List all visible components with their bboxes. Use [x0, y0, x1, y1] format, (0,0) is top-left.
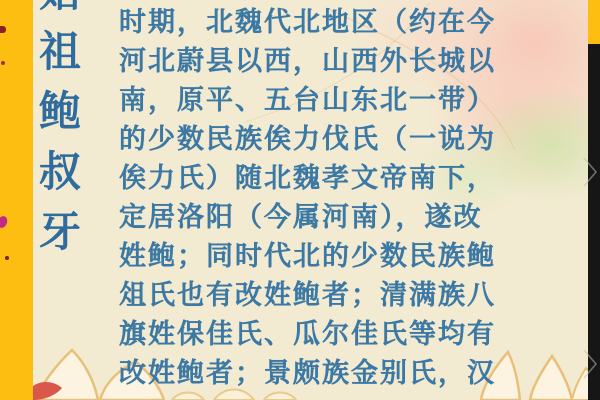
paint-dash-icon	[0, 26, 6, 33]
body-line: 的少数民族俟力伐氏（一说为	[119, 120, 496, 159]
petal-icon	[530, 356, 572, 400]
body-line: 定居洛阳（今属河南），遂改	[119, 198, 496, 237]
body-line: 河北蔚县以西，山西外长城以	[119, 42, 496, 81]
paint-dot-icon	[0, 215, 9, 229]
article-card: 姑 祖 鲍 叔 牙 时期，北魏代北地区（约在今 河北蔚县以西，山西外长城以 南，…	[0, 0, 600, 400]
body-line: 南，原平、五台山东北一带）	[119, 81, 496, 120]
body-line: 改姓鲍者；景颇族金别氏，汉	[119, 354, 496, 393]
body-line: 俎氏也有改姓鲍者；清满族八	[119, 276, 496, 315]
vertical-title: 姑 祖 鲍 叔 牙	[36, 0, 84, 262]
title-char: 牙	[36, 202, 84, 262]
body-line: 时期，北魏代北地区（约在今	[119, 3, 496, 42]
right-border-strip-black	[588, 0, 600, 400]
left-border-strip	[0, 0, 33, 400]
article-body: 时期，北魏代北地区（约在今 河北蔚县以西，山西外长城以 南，原平、五台山东北一带…	[119, 3, 496, 393]
title-char: 叔	[36, 142, 84, 202]
body-line: 姓鲍；同时代北的少数民族鲍	[119, 237, 496, 276]
petal-icon	[172, 393, 204, 400]
paint-dot-icon	[5, 256, 9, 260]
body-line: 旗姓保佳氏、瓜尔佳氏等均有	[119, 315, 496, 354]
title-char: 鲍	[36, 82, 84, 142]
title-char: 姑	[36, 0, 84, 22]
right-border-strip-yellow	[588, 0, 600, 44]
title-char: 祖	[36, 22, 84, 82]
petal-icon	[264, 393, 296, 400]
body-line: 俟力氏）随北魏孝文帝南下，	[119, 159, 496, 198]
paint-dot-icon	[1, 61, 5, 65]
